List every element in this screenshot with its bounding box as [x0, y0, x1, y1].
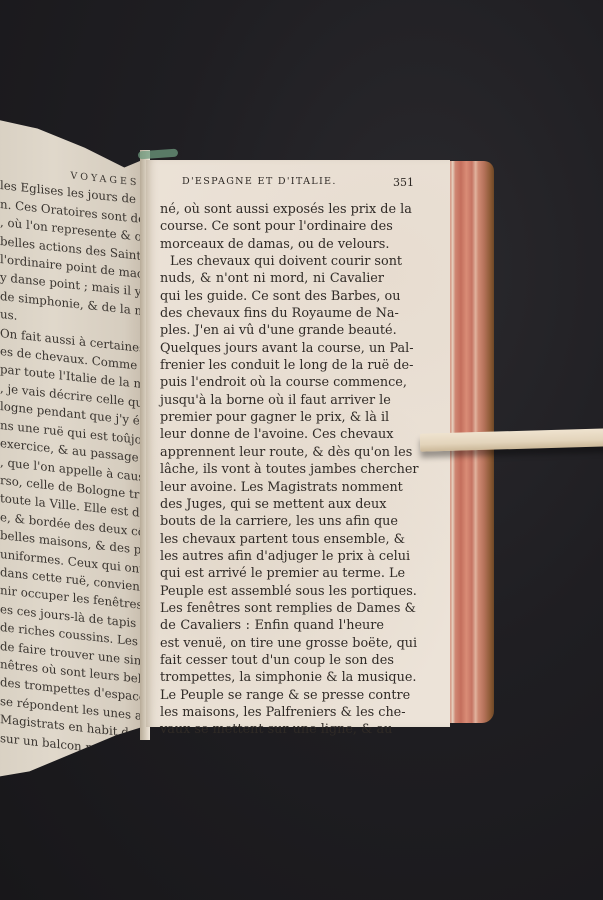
text-line: apprennent leur route, & dès qu'on les: [160, 444, 384, 461]
text-line: Les chevaux qui doivent courir sont: [160, 253, 384, 270]
right-page-text: né, où sont aussi exposés les prix de la…: [160, 201, 384, 739]
text-line: qui est arrivé le premier au terme. Le: [160, 565, 384, 582]
left-page-lines: les Eglises les jours de Fêtes den. Ces …: [0, 176, 150, 762]
left-page-text: VOYAGES les Eglises les jours de Fêtes d…: [0, 160, 150, 763]
text-line: Les fenêtres sont remplies de Dames &: [160, 600, 384, 617]
text-line: Peuple est assemblé sous les portiques.: [160, 583, 384, 600]
text-line: trompettes, la simphonie & la musique.: [160, 669, 384, 686]
page-number: 351: [393, 176, 414, 189]
text-line: nuds, & n'ont ni mord, ni Cavalier: [160, 270, 384, 287]
text-line: Le Peuple se range & se presse contre: [160, 687, 384, 704]
text-line: Quelques jours avant la course, un Pal-: [160, 340, 384, 357]
text-line: est venuë, on tire une grosse boëte, qui: [160, 635, 384, 652]
text-line: de Cavaliers : Enfin quand l'heure: [160, 617, 384, 634]
text-line: puis l'endroit où la course commence,: [160, 374, 384, 391]
text-line: jusqu'à la borne où il faut arriver le: [160, 392, 384, 409]
text-line: lâche, ils vont à toutes jambes chercher: [160, 461, 384, 478]
text-line: des chevaux fins du Royaume de Na-: [160, 305, 384, 322]
text-line: premier pour gagner le prix, & là il: [160, 409, 384, 426]
text-line: bouts de la carriere, les uns afin que: [160, 513, 384, 530]
right-running-header: D'ESPAGNE ET D'ITALIE.: [182, 176, 337, 189]
text-line: les autres afin d'adjuger le prix à celu…: [160, 548, 384, 565]
text-line: fait cesser tout d'un coup le son des: [160, 652, 384, 669]
text-line: morceaux de damas, ou de velours.: [160, 236, 384, 253]
text-line: né, où sont aussi exposés les prix de la: [160, 201, 384, 218]
text-line: frenier les conduit le long de la ruë de…: [160, 357, 384, 374]
text-line: leur avoine. Les Magistrats nomment: [160, 479, 384, 496]
text-line: qui les guide. Ce sont des Barbes, ou: [160, 288, 384, 305]
text-line: course. Ce sont pour l'ordinaire des: [160, 218, 384, 235]
text-line: leur donne de l'avoine. Ces chevaux: [160, 426, 384, 443]
left-page: VOYAGES les Eglises les jours de Fêtes d…: [0, 118, 148, 778]
text-line: les maisons, les Palfreniers & les che-: [160, 704, 384, 721]
right-page-header: D'ESPAGNE ET D'ITALIE. 351: [182, 176, 414, 189]
text-line: les chevaux partent tous ensemble, &: [160, 531, 384, 548]
text-line: vaux se mettent sur une ligne, & au: [160, 721, 384, 738]
right-page: D'ESPAGNE ET D'ITALIE. 351 né, où sont a…: [146, 160, 450, 727]
text-line: des Juges, qui se mettent aux deux: [160, 496, 384, 513]
text-line: ples. J'en ai vû d'une grande beauté.: [160, 322, 384, 339]
